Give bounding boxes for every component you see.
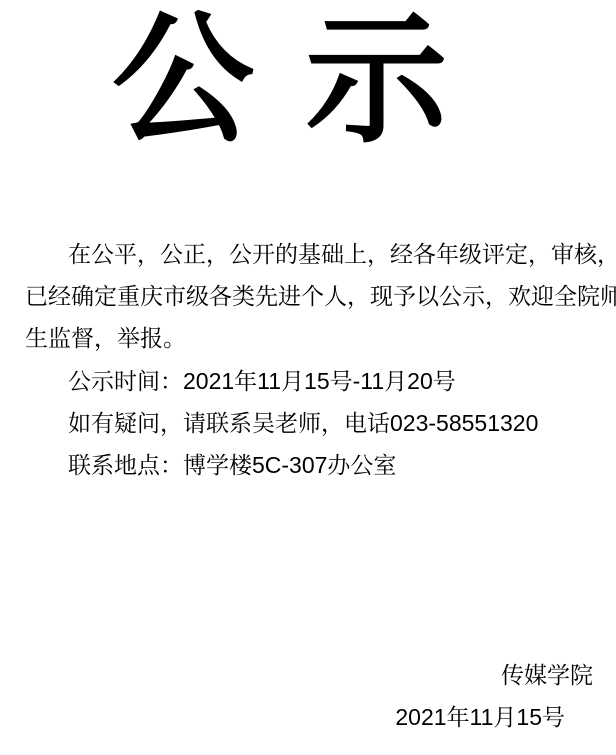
location-line: 联系地点：博学楼5C-307办公室 xyxy=(68,444,616,486)
notice-page: 公 示 在公平，公正，公开的基础上，经各年级评定，审核， 已经确定重庆市级各类先… xyxy=(0,0,616,755)
signature-organization: 传媒学院 xyxy=(0,654,616,696)
paragraph-line: 在公平，公正，公开的基础上，经各年级评定，审核， xyxy=(25,233,616,275)
signature-block: 传媒学院 2021年11月15号 xyxy=(0,654,616,738)
contact-line: 如有疑问，请联系吴老师，电话023-58551320 xyxy=(68,402,616,444)
notice-period-line: 公示时间：2021年11月15号-11月20号 xyxy=(68,360,616,402)
notice-details: 公示时间：2021年11月15号-11月20号 如有疑问，请联系吴老师，电话02… xyxy=(0,360,616,486)
notice-title: 公 示 xyxy=(112,10,616,152)
paragraph-line: 生监督，举报。 xyxy=(25,317,616,359)
paragraph-line: 已经确定重庆市级各类先进个人，现予以公示，欢迎全院师 xyxy=(25,275,616,317)
signature-date: 2021年11月15号 xyxy=(0,696,616,738)
notice-paragraph: 在公平，公正，公开的基础上，经各年级评定，审核， 已经确定重庆市级各类先进个人，… xyxy=(0,233,616,359)
